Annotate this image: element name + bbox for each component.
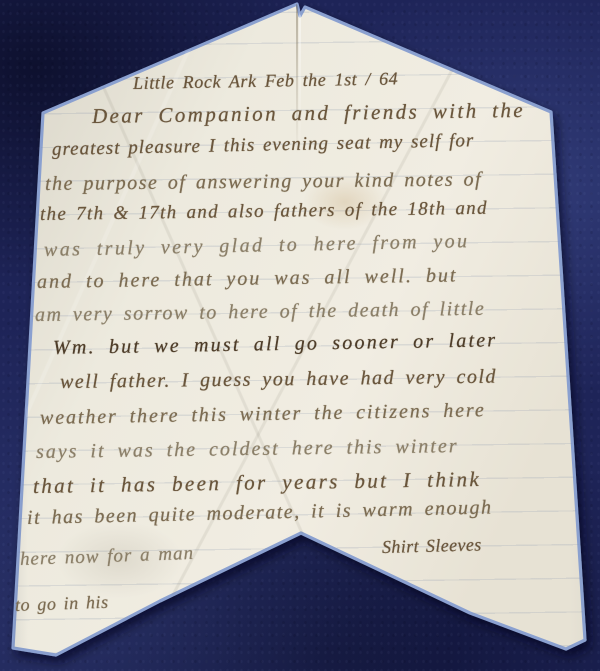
handwritten-line: and to here that you was all well. but — [37, 265, 458, 292]
letter-dateline: Little Rock Ark Feb the 1st / 64 — [133, 69, 399, 92]
handwritten-line: Wm. but we must all go sooner or later — [53, 330, 498, 358]
handwritten-line: here now for a man — [20, 544, 195, 569]
handwritten-line: greatest pleasure I this evening seat my… — [52, 131, 475, 159]
handwritten-line: was truly very glad to here from you — [44, 231, 470, 260]
handwritten-line: the purpose of answering your kind notes… — [45, 169, 482, 194]
handwritten-line: the 7th & 17th and also fathers of the 1… — [40, 199, 488, 224]
handwritten-line: to go in his — [15, 593, 109, 614]
handwritten-line: weather there this winter the citizens h… — [40, 400, 486, 428]
handwritten-line: says it was the coldest here this winter — [36, 436, 459, 462]
handwritten-line: am very sorrow to here of the death of l… — [35, 299, 486, 325]
handwritten-line: Dear Companion and friends with the — [92, 100, 525, 127]
handwritten-line: Shirt Sleeves — [382, 535, 482, 556]
handwritten-line: well father. I guess you have had very c… — [60, 367, 497, 392]
handwritten-line: that it has been for years but I think — [33, 469, 481, 497]
photo-of-letter: Little Rock Ark Feb the 1st / 64 Dear Co… — [0, 0, 600, 671]
handwritten-line: it has been quite moderate, it is warm e… — [27, 497, 493, 528]
